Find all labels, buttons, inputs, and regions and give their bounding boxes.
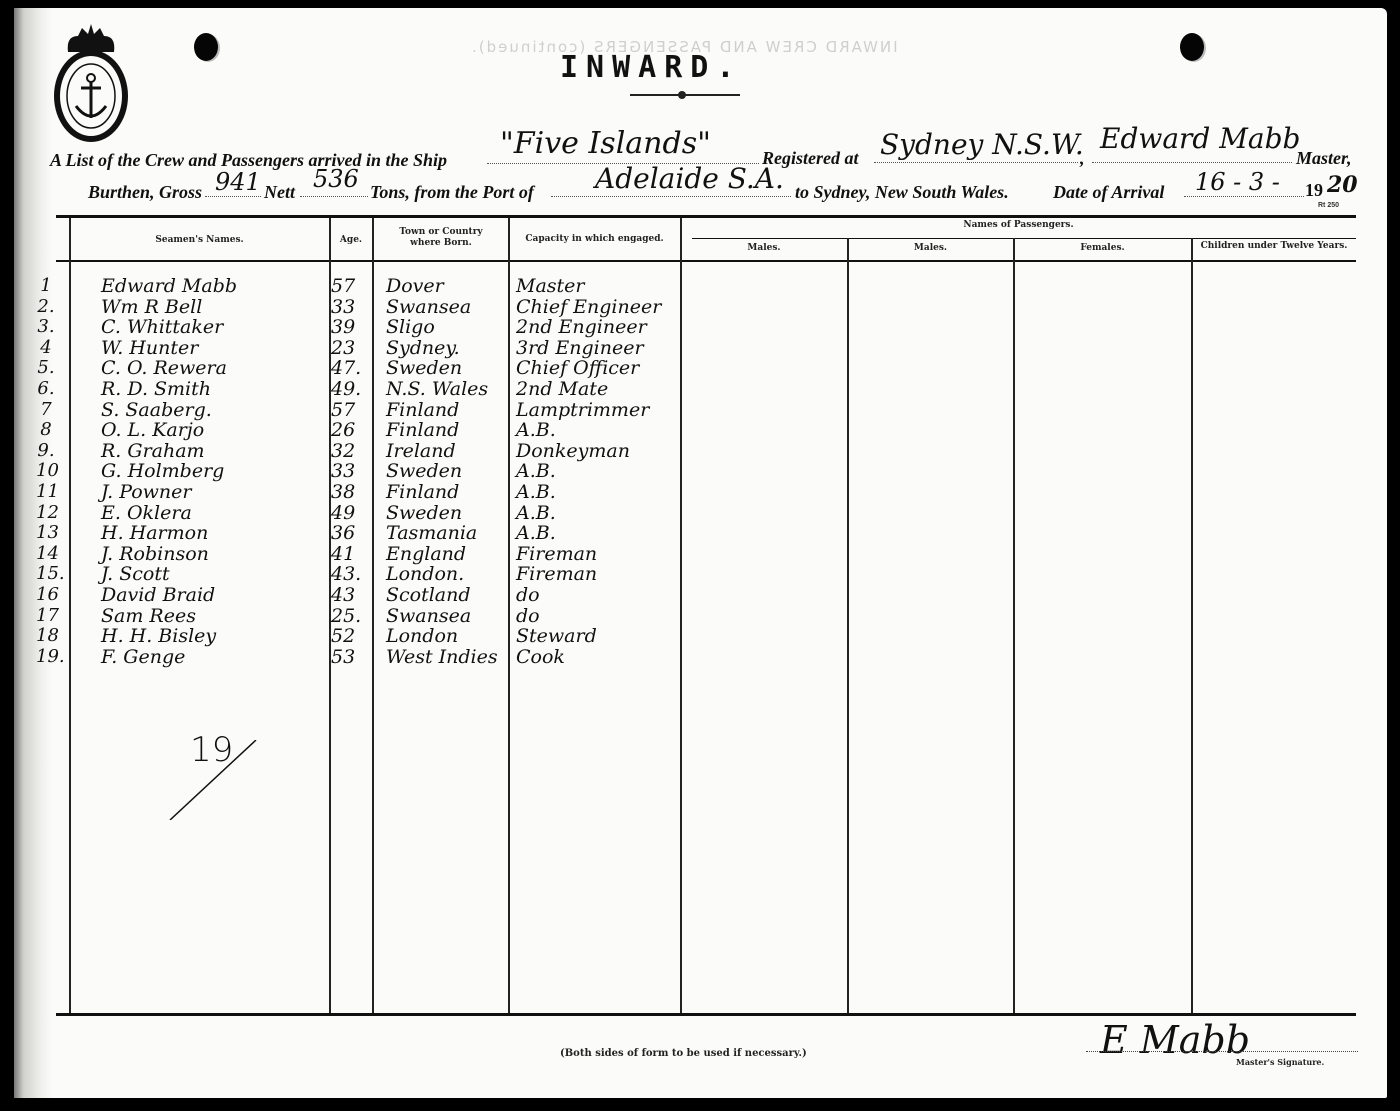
capacity-engaged: Master bbox=[516, 275, 585, 297]
capacity-engaged: 2nd Engineer bbox=[516, 316, 647, 338]
seaman-age: 53 bbox=[331, 646, 355, 668]
arrival-fill-line bbox=[1184, 196, 1304, 197]
master-label: Master, bbox=[1296, 148, 1352, 169]
header-age: Age. bbox=[330, 235, 372, 246]
table-row: 12E. Oklera49SwedenA.B. bbox=[56, 502, 696, 522]
birthplace: England bbox=[386, 543, 466, 565]
birthplace: Finland bbox=[386, 419, 459, 441]
ship-name: "Five Islands" bbox=[500, 126, 711, 161]
row-number: 13 bbox=[36, 522, 56, 543]
title-ornament-divider bbox=[630, 94, 740, 96]
seaman-age: 52 bbox=[331, 625, 355, 647]
form-number: Rt 250 bbox=[1318, 202, 1339, 209]
nett-tonnage: 536 bbox=[313, 165, 359, 193]
seaman-name: J. Scott bbox=[101, 563, 170, 585]
table-row: 13H. Harmon36TasmaniaA.B. bbox=[56, 522, 696, 542]
capacity-engaged: A.B. bbox=[516, 522, 556, 544]
capacity-engaged: A.B. bbox=[516, 419, 556, 441]
seaman-name: S. Saaberg. bbox=[101, 399, 212, 421]
punch-hole-right-icon bbox=[1180, 33, 1204, 61]
seaman-name: Edward Mabb bbox=[101, 275, 237, 297]
seaman-name: J. Powner bbox=[101, 481, 192, 503]
arrival-label: Date of Arrival bbox=[1053, 182, 1164, 203]
seaman-age: 32 bbox=[331, 440, 355, 462]
signature-line bbox=[1086, 1051, 1358, 1052]
capacity-engaged: Chief Officer bbox=[516, 357, 639, 379]
seaman-name: H. Harmon bbox=[101, 522, 208, 544]
registered-fill-line bbox=[874, 162, 1078, 163]
destination-label: to Sydney, New South Wales. bbox=[795, 182, 1009, 203]
seaman-age: 57 bbox=[331, 399, 355, 421]
seaman-name: W. Hunter bbox=[101, 337, 198, 359]
capacity-engaged: Cook bbox=[516, 646, 565, 668]
row-number: 8 bbox=[36, 419, 56, 440]
table-top-rule bbox=[56, 215, 1356, 218]
header-males-2: Males. bbox=[848, 243, 1013, 254]
header-town-born: Town or Country where Born. bbox=[386, 227, 496, 249]
gross-tonnage: 941 bbox=[215, 168, 261, 196]
birthplace: Sweden bbox=[386, 460, 462, 482]
capacity-engaged: A.B. bbox=[516, 481, 556, 503]
row-number: 12 bbox=[36, 502, 56, 523]
seaman-age: 41 bbox=[331, 543, 355, 565]
birthplace: Sweden bbox=[386, 357, 462, 379]
seaman-age: 57 bbox=[331, 275, 355, 297]
birthplace: Sydney. bbox=[386, 337, 460, 359]
birthplace: Sweden bbox=[386, 502, 462, 524]
capacity-engaged: A.B. bbox=[516, 460, 556, 482]
year-suffix: 20 bbox=[1327, 172, 1358, 198]
birthplace: West Indies bbox=[386, 646, 498, 668]
capacity-engaged: A.B. bbox=[516, 502, 556, 524]
year-prefix: 19 bbox=[1305, 180, 1323, 201]
row-number: 7 bbox=[36, 399, 56, 420]
page-title: INWARD. bbox=[560, 50, 742, 85]
shipping-masters-department-badge-icon bbox=[52, 22, 130, 144]
row-number: 10 bbox=[36, 460, 56, 481]
port-fill-line bbox=[551, 196, 791, 197]
seaman-name: J. Robinson bbox=[101, 543, 209, 565]
table-row: 4W. Hunter23Sydney.3rd Engineer bbox=[56, 337, 696, 357]
header-capacity: Capacity in which engaged. bbox=[509, 234, 680, 245]
row-number: 9. bbox=[36, 440, 56, 461]
capacity-engaged: Fireman bbox=[516, 563, 597, 585]
table-row: 8O. L. Karjo26FinlandA.B. bbox=[56, 419, 696, 439]
birthplace: Finland bbox=[386, 481, 459, 503]
table-row: 15.J. Scott43.London.Fireman bbox=[56, 563, 696, 583]
header-males-1: Males. bbox=[681, 243, 847, 254]
seaman-name: Wm R Bell bbox=[101, 296, 202, 318]
arrival-date: 16 - 3 - bbox=[1195, 168, 1280, 196]
comma: , bbox=[1080, 148, 1085, 169]
seaman-age: 43 bbox=[331, 584, 355, 606]
capacity-engaged: do bbox=[516, 605, 540, 627]
capacity-engaged: 2nd Mate bbox=[516, 378, 608, 400]
seaman-age: 26 bbox=[331, 419, 355, 441]
table-row: 2.Wm R Bell33SwanseaChief Engineer bbox=[56, 296, 696, 316]
table-row: 6.R. D. Smith49.N.S. Wales2nd Mate bbox=[56, 378, 696, 398]
table-row: 17Sam Rees25.Swanseado bbox=[56, 605, 696, 625]
col-divider-6 bbox=[1013, 238, 1015, 1013]
table-row: 3.C. Whittaker39Sligo2nd Engineer bbox=[56, 316, 696, 336]
seaman-name: O. L. Karjo bbox=[101, 419, 204, 441]
capacity-engaged: Steward bbox=[516, 625, 597, 647]
seaman-name: R. Graham bbox=[101, 440, 205, 462]
birthplace: Swansea bbox=[386, 605, 471, 627]
row-number: 3. bbox=[36, 316, 56, 337]
nett-label: Nett bbox=[264, 182, 295, 203]
birthplace: Dover bbox=[386, 275, 444, 297]
row-number: 11 bbox=[36, 481, 56, 502]
row-number: 5. bbox=[36, 357, 56, 378]
seaman-name: H. H. Bisley bbox=[101, 625, 216, 647]
birthplace: Tasmania bbox=[386, 522, 477, 544]
table-row: 19.F. Genge53West IndiesCook bbox=[56, 646, 696, 666]
table-row: 10G. Holmberg33SwedenA.B. bbox=[56, 460, 696, 480]
birthplace: Sligo bbox=[386, 316, 435, 338]
nett-fill-line bbox=[300, 196, 368, 197]
capacity-engaged: Fireman bbox=[516, 543, 597, 565]
seaman-name: Sam Rees bbox=[101, 605, 196, 627]
master-signature: E Mabb bbox=[1100, 1018, 1250, 1062]
seaman-name: C. Whittaker bbox=[101, 316, 223, 338]
row-number: 2. bbox=[36, 296, 56, 317]
birthplace: London bbox=[386, 625, 458, 647]
row-number: 19. bbox=[36, 646, 56, 667]
birthplace: London. bbox=[386, 563, 464, 585]
seaman-age: 25. bbox=[331, 605, 361, 627]
table-row: 18H. H. Bisley52LondonSteward bbox=[56, 625, 696, 645]
master-signature-label: Master's Signature. bbox=[1236, 1057, 1324, 1067]
capacity-engaged: 3rd Engineer bbox=[516, 337, 644, 359]
seaman-name: E. Oklera bbox=[101, 502, 192, 524]
seaman-age: 33 bbox=[331, 460, 355, 482]
seaman-age: 49 bbox=[331, 502, 355, 524]
row-number: 1 bbox=[36, 275, 56, 296]
table-row: 16David Braid43Scotlanddo bbox=[56, 584, 696, 604]
seaman-age: 47. bbox=[331, 357, 361, 379]
registered-port: Sydney N.S.W. bbox=[880, 128, 1084, 161]
table-row: 1Edward Mabb57DoverMaster bbox=[56, 275, 696, 295]
header-children: Children under Twelve Years. bbox=[1192, 241, 1356, 252]
seaman-age: 38 bbox=[331, 481, 355, 503]
gross-fill-line bbox=[205, 196, 261, 197]
col-divider-7 bbox=[1191, 238, 1193, 1013]
capacity-engaged: Lamptrimmer bbox=[516, 399, 649, 421]
header-seamens-names: Seamen's Names. bbox=[70, 235, 329, 246]
seaman-age: 39 bbox=[331, 316, 355, 338]
table-row: 9.R. Graham32IrelandDonkeyman bbox=[56, 440, 696, 460]
row-number: 16 bbox=[36, 584, 56, 605]
seaman-age: 43. bbox=[331, 563, 361, 585]
passenger-sub-rule bbox=[692, 238, 1356, 239]
row-number: 18 bbox=[36, 625, 56, 646]
table-row: 11J. Powner38FinlandA.B. bbox=[56, 481, 696, 501]
footer-note: (Both sides of form to be used if necess… bbox=[560, 1048, 807, 1059]
burthen-label: Burthen, Gross bbox=[88, 182, 202, 203]
seaman-name: R. D. Smith bbox=[101, 378, 211, 400]
capacity-engaged: Donkeyman bbox=[516, 440, 630, 462]
seaman-name: G. Holmberg bbox=[101, 460, 224, 482]
seaman-age: 49. bbox=[331, 378, 361, 400]
tons-port-label: Tons, from the Port of bbox=[370, 182, 534, 203]
punch-hole-left-icon bbox=[194, 33, 218, 61]
departure-port: Adelaide S.A. bbox=[595, 162, 784, 195]
header-females: Females. bbox=[1014, 243, 1191, 254]
col-divider-5 bbox=[847, 238, 849, 1013]
birthplace: Finland bbox=[386, 399, 459, 421]
row-number: 4 bbox=[36, 337, 56, 358]
table-bottom-rule bbox=[56, 1013, 1356, 1016]
header-names-of-passengers: Names of Passengers. bbox=[681, 220, 1356, 231]
tally-slash-mark bbox=[168, 740, 288, 820]
capacity-engaged: Chief Engineer bbox=[516, 296, 661, 318]
header-bottom-rule bbox=[56, 260, 1356, 262]
row-number: 14 bbox=[36, 543, 56, 564]
seaman-age: 36 bbox=[331, 522, 355, 544]
birthplace: Ireland bbox=[386, 440, 456, 462]
crew-passenger-table: Seamen's Names. Age. Town or Country whe… bbox=[56, 215, 1356, 1015]
table-row: 5.C. O. Rewera47.SwedenChief Officer bbox=[56, 357, 696, 377]
seaman-name: F. Genge bbox=[101, 646, 185, 668]
row-number: 15. bbox=[36, 563, 56, 584]
seaman-age: 33 bbox=[331, 296, 355, 318]
birthplace: Swansea bbox=[386, 296, 471, 318]
seaman-name: David Braid bbox=[101, 584, 215, 606]
row-number: 17 bbox=[36, 605, 56, 626]
table-row: 14J. Robinson41EnglandFireman bbox=[56, 543, 696, 563]
birthplace: Scotland bbox=[386, 584, 471, 606]
row-number: 6. bbox=[36, 378, 56, 399]
seaman-name: C. O. Rewera bbox=[101, 357, 227, 379]
birthplace: N.S. Wales bbox=[386, 378, 488, 400]
capacity-engaged: do bbox=[516, 584, 540, 606]
seaman-age: 23 bbox=[331, 337, 355, 359]
table-row: 7S. Saaberg.57FinlandLamptrimmer bbox=[56, 399, 696, 419]
master-name: Edward Mabb bbox=[1100, 122, 1300, 155]
master-fill-line bbox=[1092, 162, 1292, 163]
